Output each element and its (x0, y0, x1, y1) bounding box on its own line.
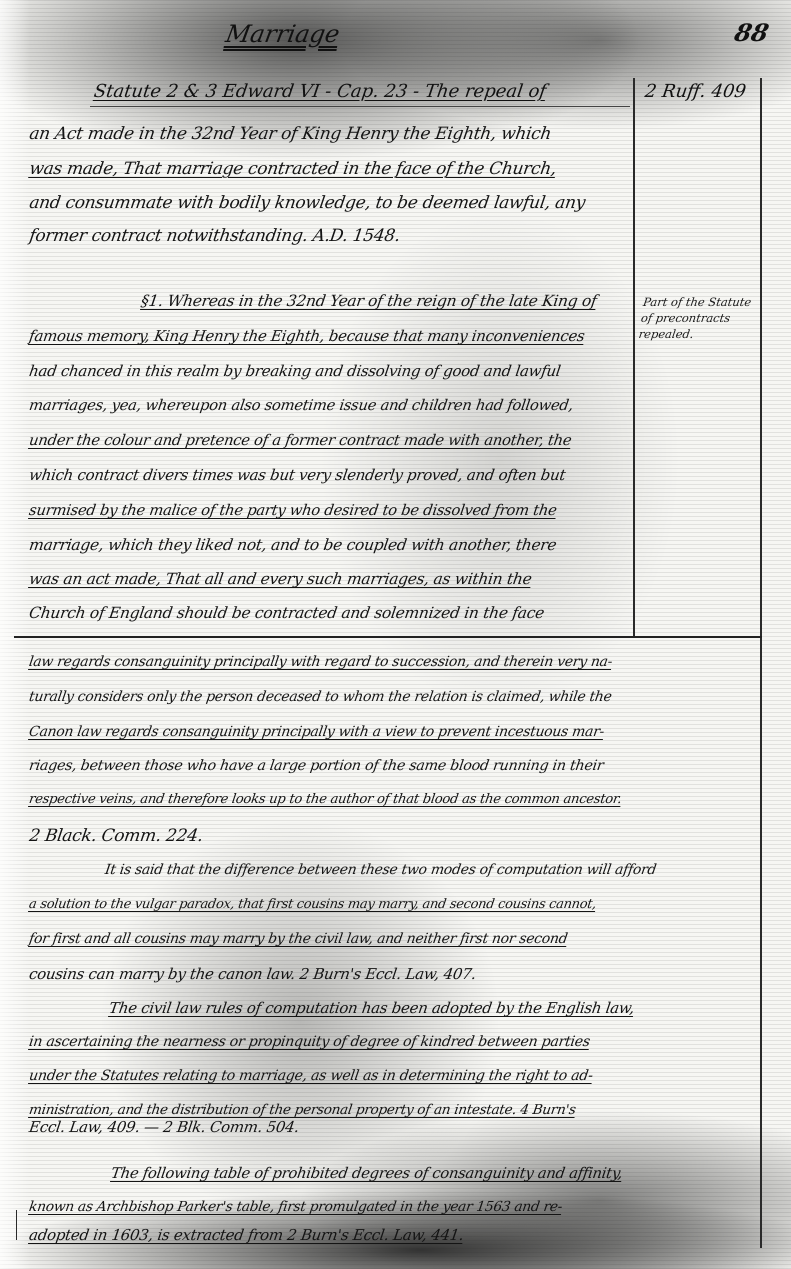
text-line: under the colour and pretence of a forme… (28, 432, 573, 449)
right-margin-rule (760, 78, 762, 1248)
text-line: Church of England should be contracted a… (28, 604, 545, 622)
margin-note: Part of the Statute of precontracts repe… (638, 294, 765, 342)
text-line: former contract notwithstanding. A.D. 15… (28, 226, 401, 246)
text-line: Canon law regards consanguinity principa… (28, 724, 605, 740)
text-line: which contract divers times was but very… (28, 466, 567, 484)
text-line: marriages, yea, whereupon also sometime … (28, 397, 574, 414)
text-line: ministration, and the distribution of th… (28, 1102, 577, 1118)
text-line: was an act made, That all and every such… (28, 570, 533, 588)
text-line: famous memory, King Henry the Eighth, be… (28, 327, 586, 345)
statute-heading: Statute 2 & 3 Edward VI - Cap. 23 - The … (93, 81, 548, 102)
text-line: in ascertaining the nearness or propinqu… (28, 1034, 591, 1050)
section-separator-rule (14, 636, 762, 638)
statute-reference: 2 Ruff. 409 (644, 81, 748, 102)
text-line: was made, That marriage contracted in th… (28, 159, 557, 179)
text-line: had chanced in this realm by breaking an… (28, 362, 562, 380)
page-number: 88 (732, 18, 772, 47)
text-line: riages, between those who have a large p… (28, 758, 604, 774)
text-line: for first and all cousins may marry by t… (28, 931, 568, 947)
text-line: and consummate with bodily knowledge, to… (28, 193, 586, 213)
text-line: It is said that the difference between t… (104, 862, 657, 878)
citation-line: 2 Black. Comm. 224. (28, 826, 204, 846)
text-line: under the Statutes relating to marriage,… (28, 1068, 594, 1084)
left-bottom-rule (16, 1210, 17, 1240)
text-line: a solution to the vulgar paradox, that f… (28, 897, 597, 912)
text-line: law regards consanguinity principally wi… (28, 654, 613, 670)
text-line: The following table of prohibited degree… (110, 1165, 624, 1182)
text-line: respective veins, and therefore looks up… (28, 792, 622, 807)
text-line: known as Archbishop Parker's table, firs… (28, 1199, 563, 1215)
heading-rule (90, 106, 630, 107)
citation-line: Eccl. Law, 409. — 2 Blk. Comm. 504. (28, 1118, 300, 1136)
text-line: marriage, which they liked not, and to b… (28, 536, 558, 554)
text-line: an Act made in the 32nd Year of King Hen… (28, 124, 552, 144)
scan-edge-shading (0, 0, 30, 1269)
page-title: Marriage (224, 20, 342, 48)
text-line: §1. Whereas in the 32nd Year of the reig… (140, 292, 598, 310)
text-line: adopted in 1603, is extracted from 2 Bur… (28, 1226, 465, 1244)
manuscript-page: Marriage 88 Statute 2 & 3 Edward VI - Ca… (0, 0, 791, 1269)
text-line: turally considers only the person deceas… (28, 689, 613, 705)
text-line: cousins can marry by the canon law. 2 Bu… (28, 965, 477, 983)
margin-column-rule (633, 78, 635, 636)
text-line: The civil law rules of computation has b… (108, 999, 635, 1017)
text-line: surmised by the malice of the party who … (28, 502, 558, 519)
